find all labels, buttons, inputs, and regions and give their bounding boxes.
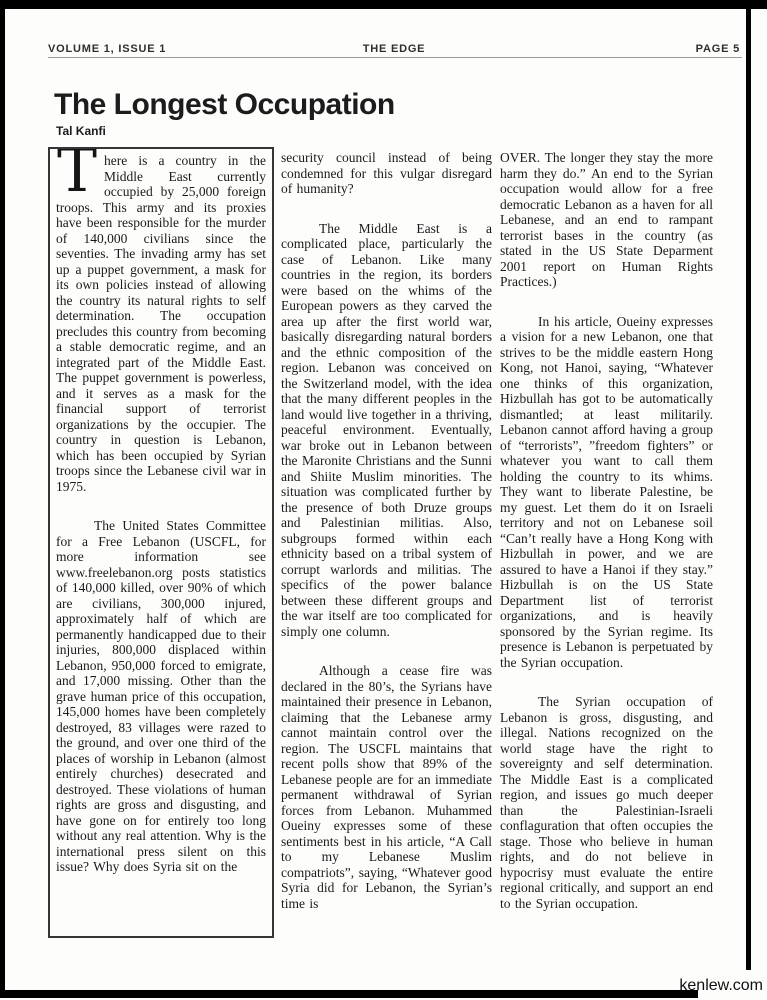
column-3: OVER. The longer they stay the more harm… [500,150,713,911]
scan-edge-top [0,0,767,9]
paragraph: There is a country in the Middle East cu… [56,153,266,494]
scan-edge-bottom [0,990,698,998]
scan-edge-left [0,0,5,998]
masthead-rule [48,57,742,58]
article-byline: Tal Kanfi [56,124,106,138]
scan-edge-right [746,9,751,970]
column-1-box: There is a country in the Middle East cu… [48,147,274,938]
masthead-publication: THE EDGE [279,43,510,55]
masthead: VOLUME 1, ISSUE 1 THE EDGE PAGE 5 [48,43,740,55]
drop-cap: T [56,153,104,189]
watermark-site-label: kenlew.com [679,977,763,995]
paragraph: In his article, Oueiny expresses a visio… [500,314,713,671]
paragraph: The Middle East is a complicated place, … [281,221,492,640]
paragraph: The Syrian occupation of Lebanon is gros… [500,694,713,911]
masthead-volume: VOLUME 1, ISSUE 1 [48,43,279,55]
paragraph: OVER. The longer they stay the more harm… [500,150,713,290]
article-title: The Longest Occupation [54,88,395,122]
column-2: security council instead of being condem… [281,150,492,911]
paragraph: Although a cease fire was declared in th… [281,663,492,911]
masthead-page-number: PAGE 5 [509,43,740,55]
paragraph: The United States Committee for a Free L… [56,518,266,875]
paragraph: security council instead of being condem… [281,150,492,197]
paragraph-text: here is a country in the Middle East cur… [56,153,266,494]
